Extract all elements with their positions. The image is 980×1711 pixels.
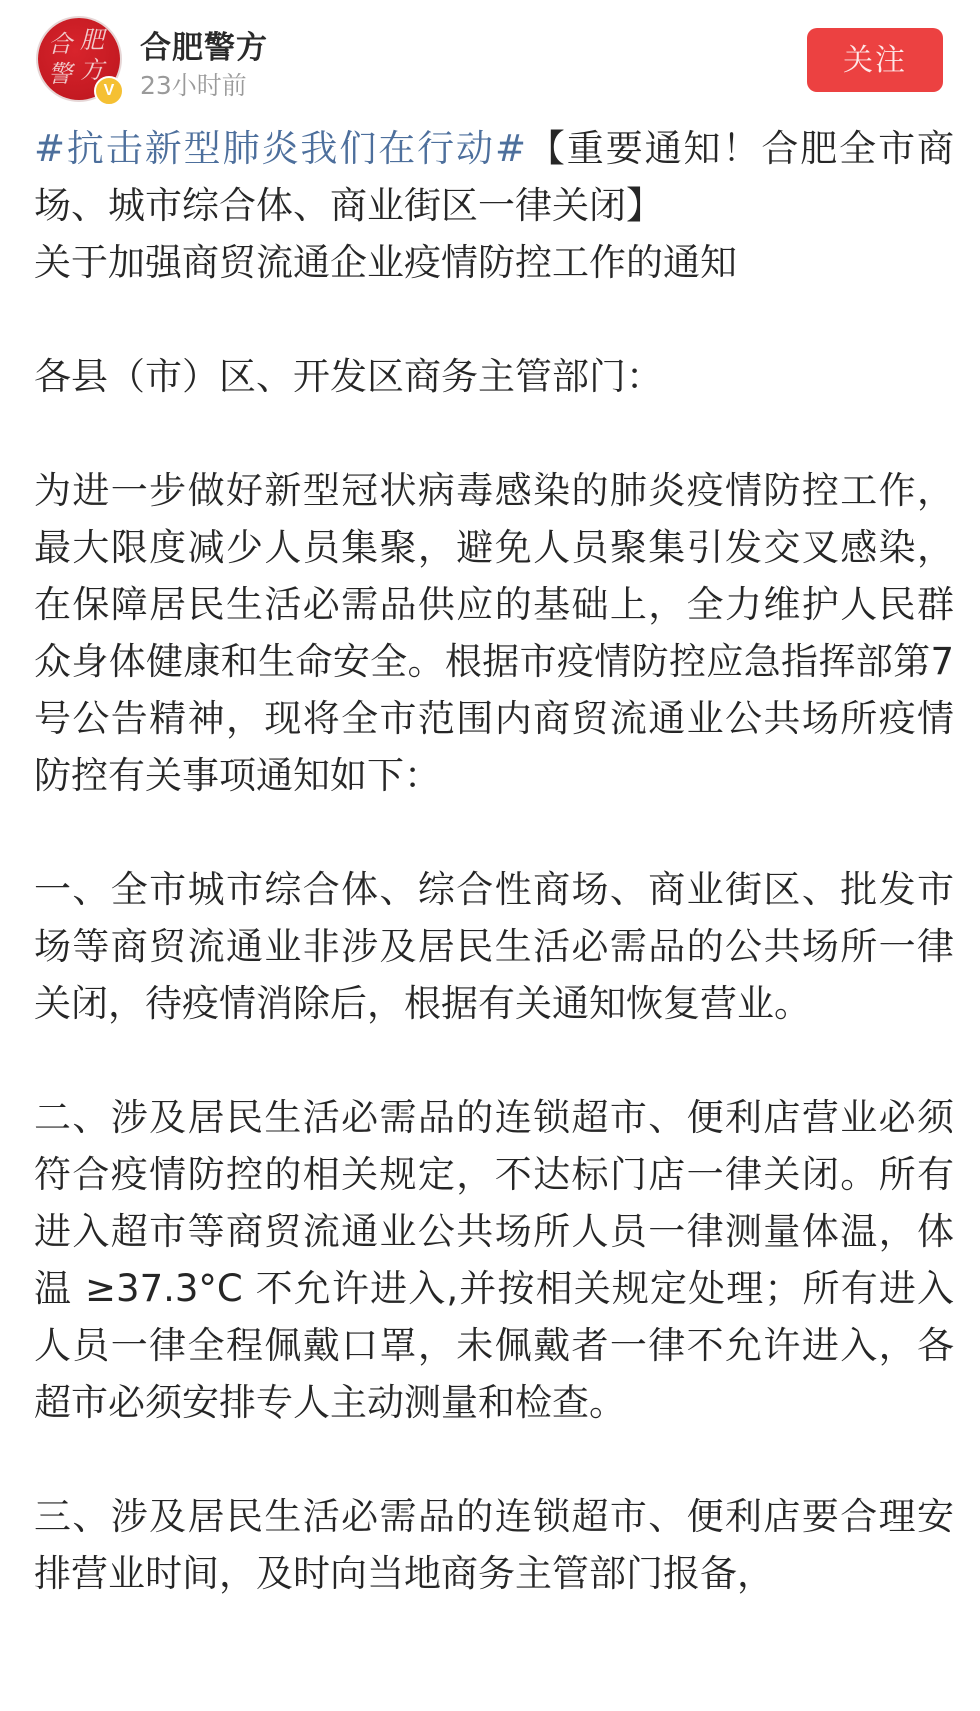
hashtag-link[interactable]: #抗击新型肺炎我们在行动# <box>34 127 526 170</box>
post-content: #抗击新型肺炎我们在行动#【重要通知！合肥全市商场、城市综合体、商业街区一律关闭… <box>34 120 954 1602</box>
verified-badge-icon: V <box>94 76 124 106</box>
follow-button[interactable]: 关注 <box>807 28 943 92</box>
post-headline: #抗击新型肺炎我们在行动#【重要通知！合肥全市商场、城市综合体、商业街区一律关闭… <box>34 120 954 234</box>
notice-paragraph-3: 三、涉及居民生活必需品的连锁超市、便利店要合理安排营业时间，及时向当地商务主管部… <box>34 1488 954 1602</box>
author-name[interactable]: 合肥警方 <box>140 22 268 67</box>
avatar-glyph: 肥 <box>80 28 104 52</box>
post-timestamp: 23小时前 <box>140 66 247 102</box>
paragraph-spacer <box>34 1431 954 1488</box>
notice-salutation: 各县（市）区、开发区商务主管部门： <box>34 348 954 405</box>
avatar-glyph: 合 <box>48 32 72 56</box>
paragraph-spacer <box>34 291 954 348</box>
notice-subtitle: 关于加强商贸流通企业疫情防控工作的通知 <box>34 234 954 291</box>
notice-paragraph-1: 一、全市城市综合体、综合性商场、商业街区、批发市场等商贸流通业非涉及居民生活必需… <box>34 861 954 1032</box>
paragraph-spacer <box>34 804 954 861</box>
avatar-glyph: 警 <box>48 62 72 86</box>
notice-paragraph-2: 二、涉及居民生活必需品的连锁超市、便利店营业必须符合疫情防控的相关规定，不达标门… <box>34 1089 954 1431</box>
paragraph-spacer <box>34 1032 954 1089</box>
notice-paragraph-intro: 为进一步做好新型冠状病毒感染的肺炎疫情防控工作，最大限度减少人员集聚，避免人员聚… <box>34 462 954 804</box>
paragraph-spacer <box>34 405 954 462</box>
post-header: 合 肥 警 方 V 合肥警方 23小时前 关注 <box>0 0 980 110</box>
